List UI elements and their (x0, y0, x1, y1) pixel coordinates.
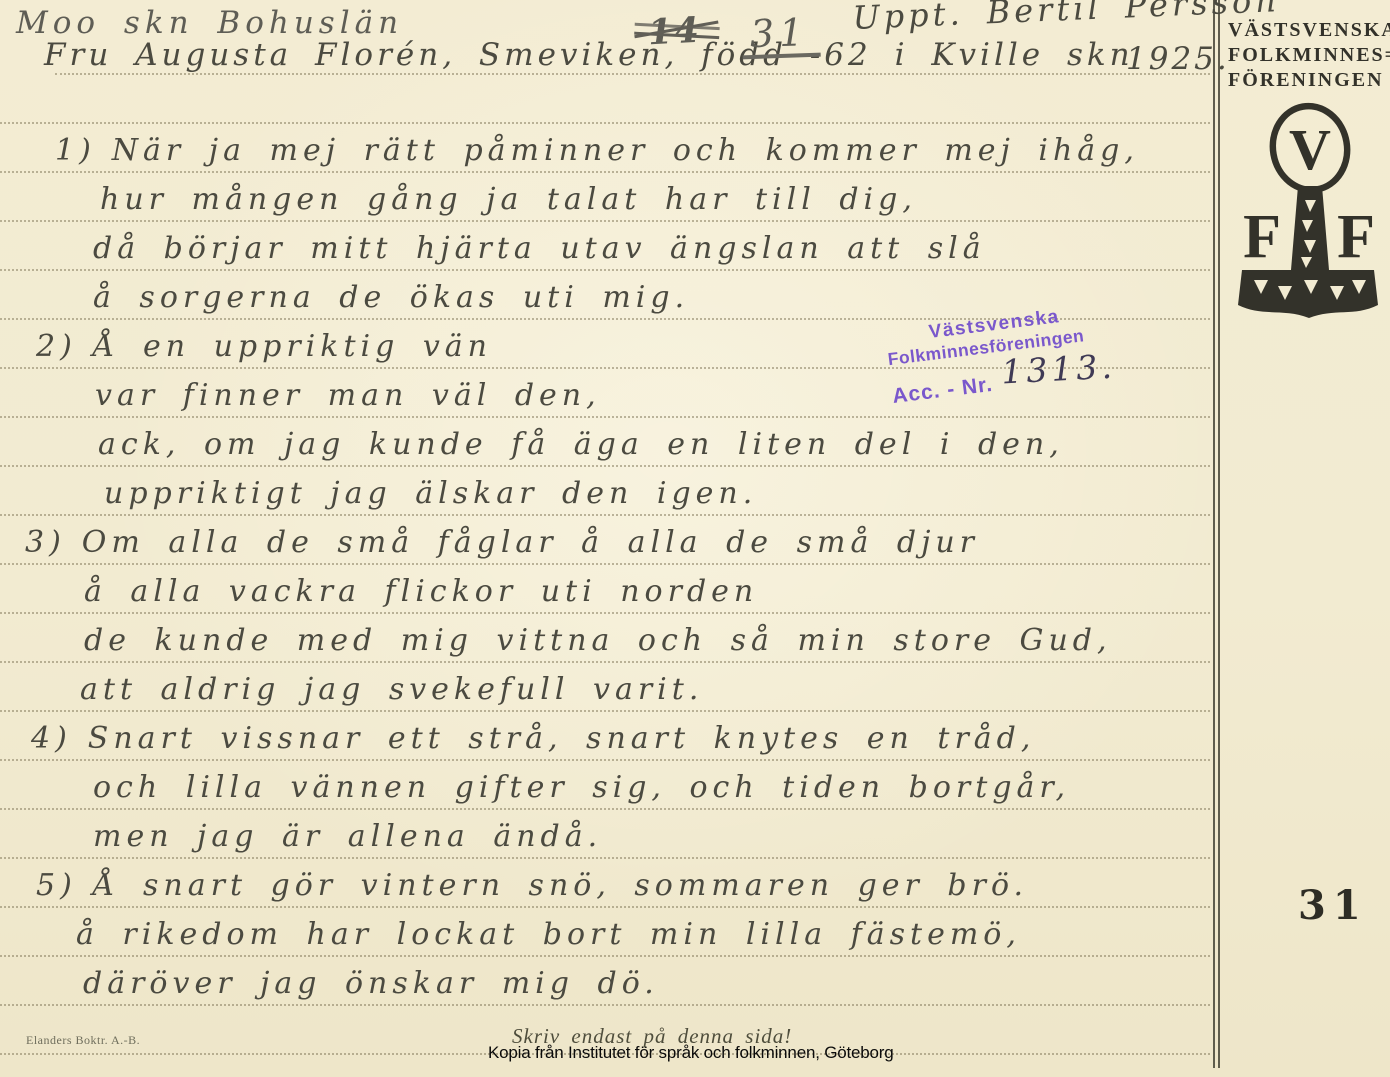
margin-rule-inner (1218, 0, 1220, 1068)
record-number: 31 (741, 13, 821, 60)
verse-line: 5)Å snart gör vintern snö, sommaren ger … (36, 871, 1028, 901)
org-line2: FOLKMINNES= (1228, 43, 1390, 68)
ruled-line (0, 661, 1210, 663)
logo-letter-f-right: F (1337, 203, 1375, 271)
verse-number: 3) (25, 528, 66, 558)
verse-text: Å en uppriktig vän (93, 329, 492, 364)
verse-text: Om alla de små fåglar å alla de små djur (82, 525, 979, 560)
collector-name: Uppt. Bertil Persson (852, 0, 1280, 34)
verse-text: Å snart gör vintern snö, sommaren ger br… (93, 868, 1028, 903)
verse-line: de kunde med mig vittna och så min store… (84, 626, 1112, 656)
stamp-acc-label: Acc. - Nr. (891, 373, 994, 409)
ruled-line (0, 612, 1210, 614)
ruled-line (0, 808, 1210, 810)
page-number-stamp: 31 (1298, 882, 1368, 929)
ruled-line (0, 465, 1210, 467)
ruled-line (0, 416, 1210, 418)
verse-text: Snart vissnar ett strå, snart knytes en … (88, 721, 1036, 756)
verse-line: uppriktigt jag älskar den igen. (104, 479, 757, 509)
ruled-line (0, 759, 1210, 761)
ruled-line (0, 514, 1210, 516)
ruled-line (0, 171, 1210, 173)
ruled-line (0, 122, 1210, 124)
accession-number-handwritten: 1313. (1000, 348, 1116, 392)
scanned-archive-page: { "header": { "location": "Moo skn Bohus… (0, 0, 1390, 1077)
verse-line: 2)Å en uppriktig vän (36, 332, 492, 362)
verse-line: hur mången gång ja talat har till dig, (100, 185, 917, 215)
ruled-line (0, 269, 1210, 271)
verse-number: 4) (31, 724, 72, 754)
vff-thors-hammer-logo: V F F (1238, 102, 1378, 330)
verse-line: å sorgerna de ökas uti mig. (93, 283, 689, 313)
verse-number: 1) (55, 136, 96, 166)
verse-line: 1)När ja mej rätt påminner och kommer me… (55, 136, 1139, 166)
ruled-line (0, 220, 1210, 222)
accession-stamp: Västsvenska Folkminnesföreningen Acc. - … (884, 297, 1142, 409)
verse-text: När ja mej rätt påminner och kommer mej … (112, 133, 1139, 168)
org-line3: FÖRENINGEN (1228, 68, 1390, 93)
year: 1925. (1126, 44, 1230, 75)
ruled-line (0, 906, 1210, 908)
verse-line: att aldrig jag svekefull varit. (80, 675, 703, 705)
verse-number: 5) (36, 871, 77, 901)
verse-number: 2) (36, 332, 77, 362)
verse-line: å alla vackra flickor uti norden (84, 577, 758, 607)
logo-letter-f-left: F (1243, 203, 1281, 271)
ruled-line (0, 955, 1210, 957)
verse-line: 3)Om alla de små fåglar å alla de små dj… (25, 528, 979, 558)
ruled-line (55, 73, 1210, 75)
verse-line: och lilla vännen gifter sig, och tiden b… (93, 773, 1070, 803)
verse-line: var finner man väl den, (95, 381, 601, 411)
ruled-line (0, 1004, 1210, 1006)
verse-line: då börjar mitt hjärta utav ängslan att s… (93, 234, 986, 264)
margin-rule-outer (1213, 0, 1215, 1068)
parish-heading: Moo skn Bohuslän (16, 8, 403, 39)
archive-copy-caption: Kopia från Institutet för språk och folk… (488, 1043, 894, 1063)
organisation-name: VÄSTSVENSKA FOLKMINNES= FÖRENINGEN (1228, 18, 1390, 93)
verse-line: däröver jag önskar mig dö. (83, 969, 659, 999)
informant-line: Fru Augusta Florén, Smeviken, född -62 i… (44, 40, 1134, 71)
verse-line: ack, om jag kunde få äga en liten del i … (98, 430, 1064, 460)
verse-line: å rikedom har lockat bort min lilla fäst… (76, 920, 1021, 950)
logo-letter-v: V (1289, 117, 1331, 182)
ruled-line (0, 563, 1210, 565)
org-line1: VÄSTSVENSKA (1228, 18, 1390, 43)
printer-imprint: Elanders Boktr. A.-B. (26, 1033, 140, 1048)
old-number-crossed-out: 14 (647, 13, 701, 51)
verse-line: men jag är allena ändå. (93, 822, 602, 852)
verse-line: 4)Snart vissnar ett strå, snart knytes e… (31, 724, 1035, 754)
ruled-line (0, 710, 1210, 712)
ruled-line (0, 857, 1210, 859)
